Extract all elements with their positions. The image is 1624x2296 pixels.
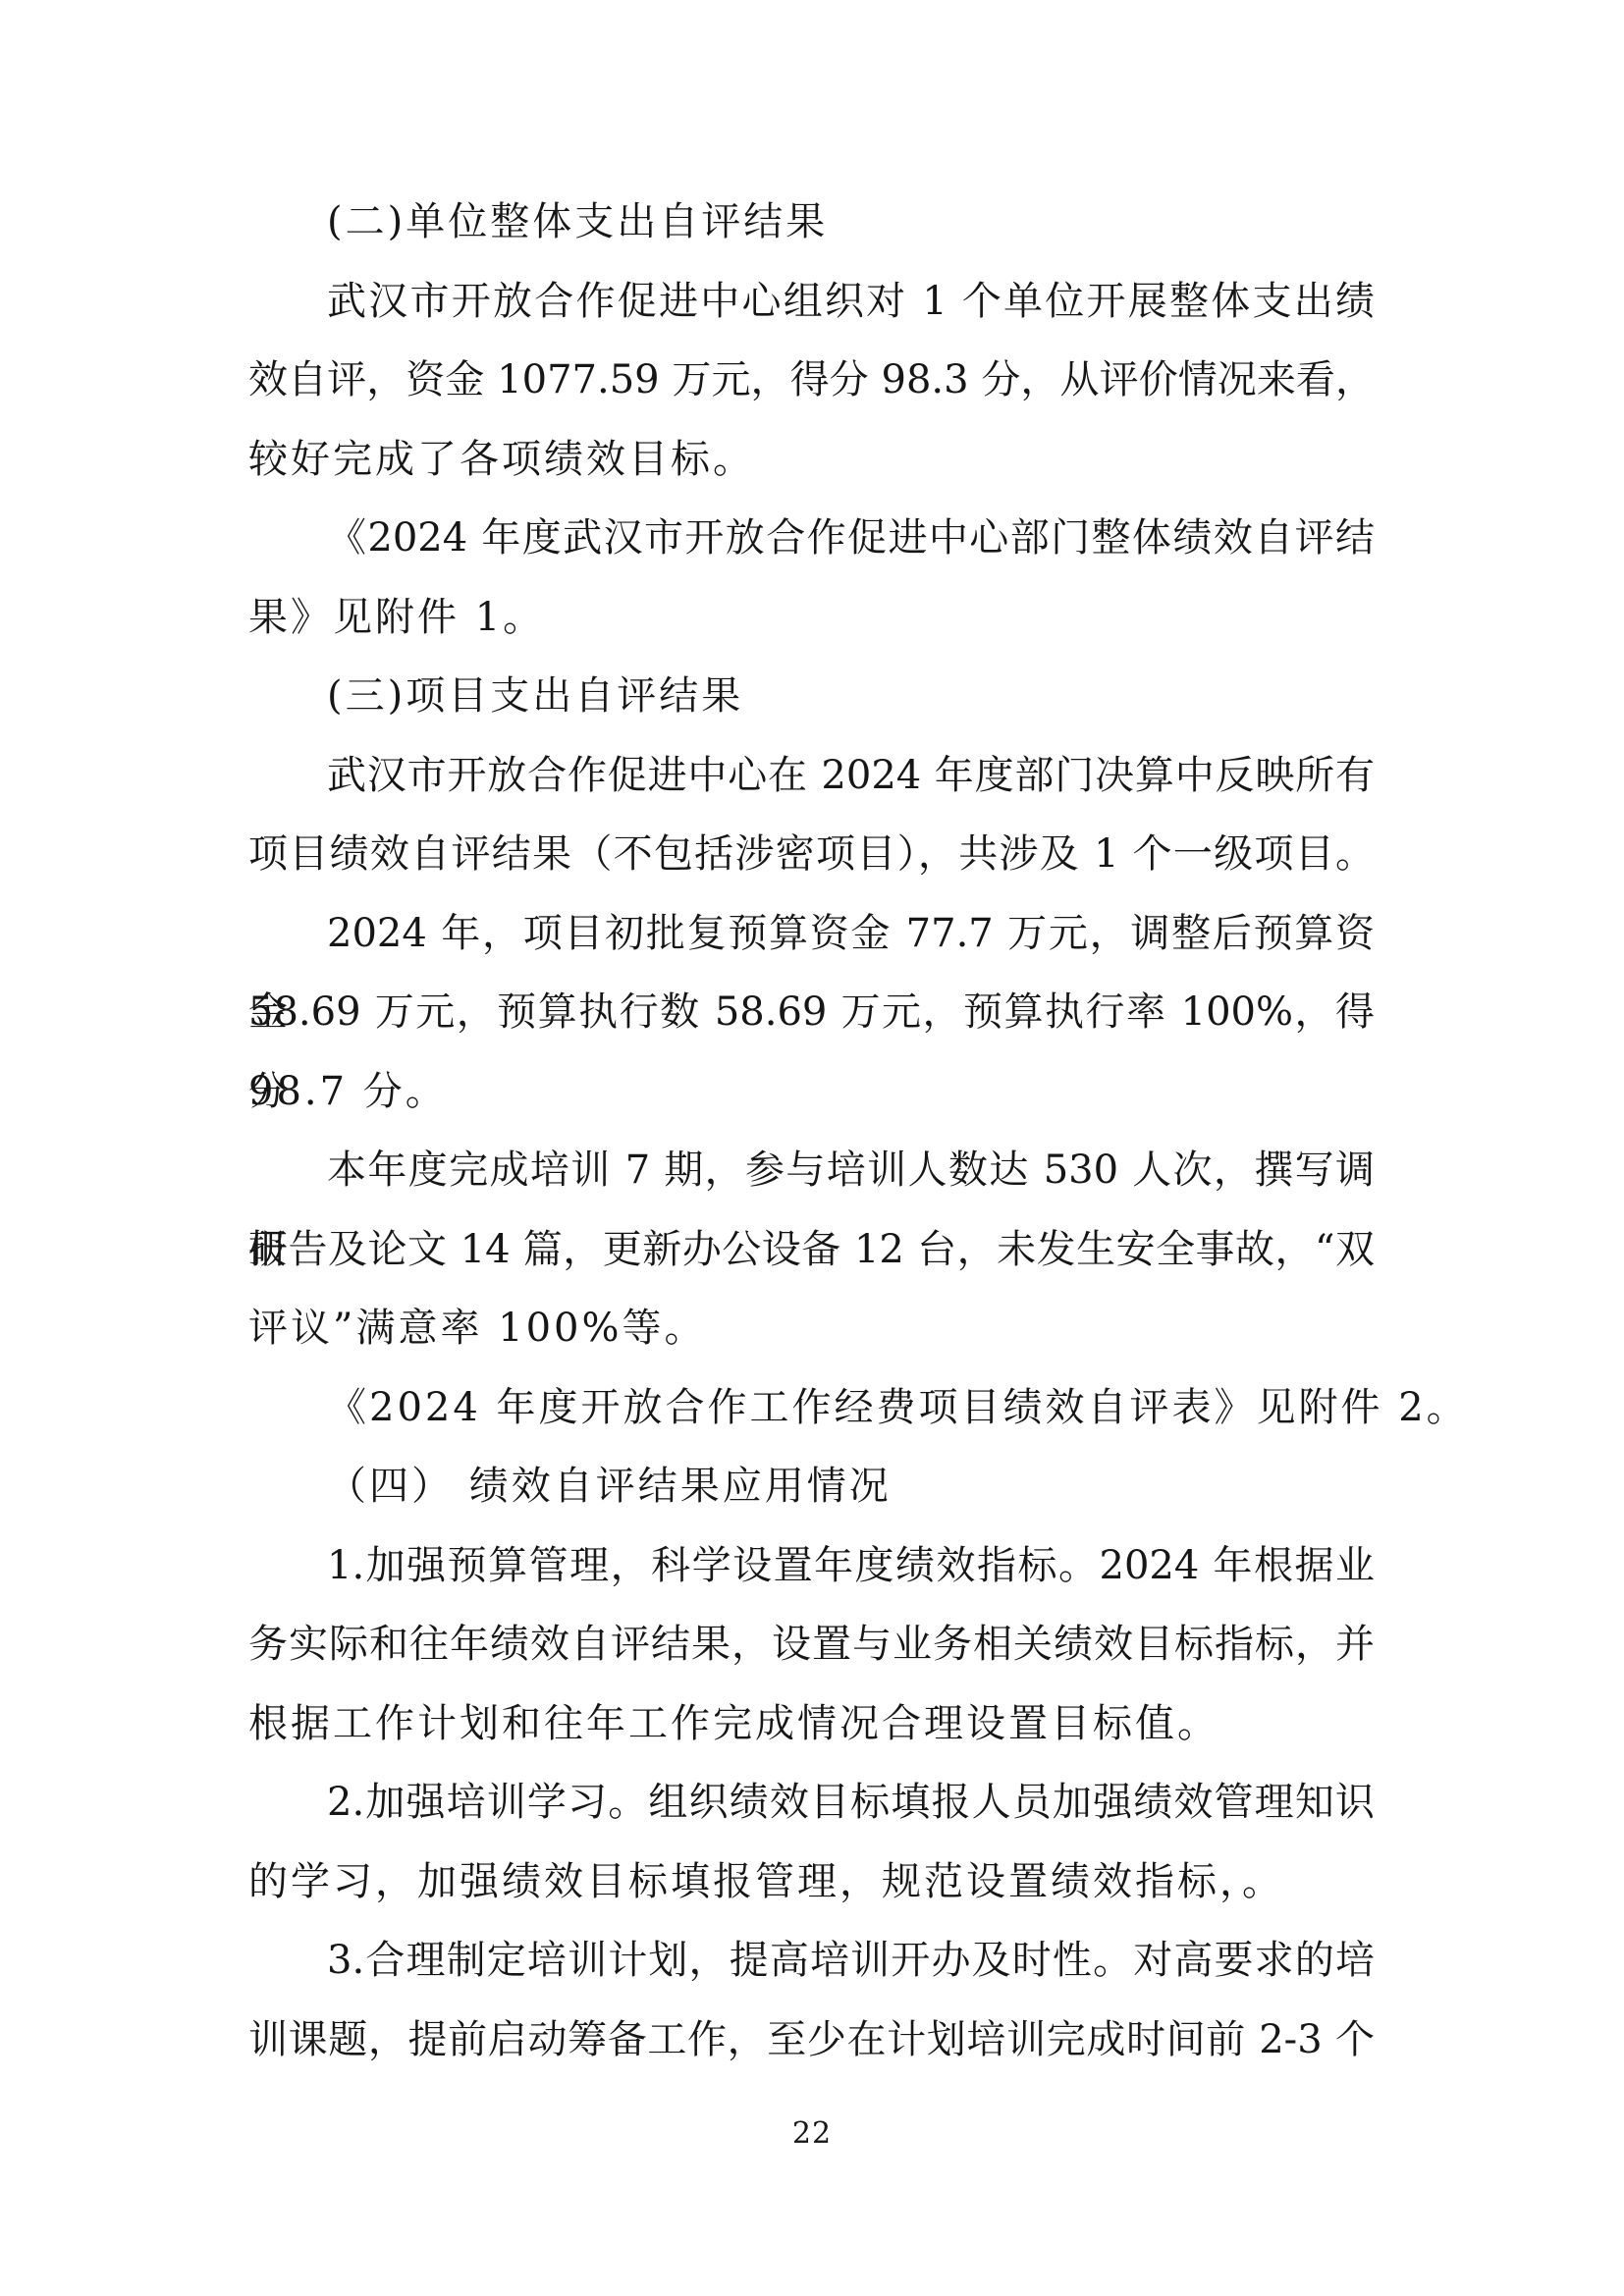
text-line: 根据工作计划和往年工作完成情况合理设置目标值。 — [248, 1684, 1375, 1764]
text-line: (三)项目支出自评结果 — [248, 657, 1375, 736]
text-line: 98.7 分。 — [248, 1052, 1375, 1132]
document-page: (二)单位整体支出自评结果武汉市开放合作促进中心组织对 1 个单位开展整体支出绩… — [0, 0, 1624, 2296]
text-line: 训课题，提前启动筹备工作，至少在计划培训完成时间前 2-3 个 — [248, 2001, 1375, 2080]
text-line: 务实际和往年绩效自评结果，设置与业务相关绩效目标指标，并 — [248, 1605, 1375, 1684]
page-number: 22 — [792, 2116, 832, 2151]
text-line: 《2024 年度武汉市开放合作促进中心部门整体绩效自评结 — [248, 499, 1375, 578]
text-line: 的学习，加强绩效目标填报管理，规范设置绩效指标，。 — [248, 1842, 1375, 1922]
text-line: 58.69 万元，预算执行数 58.69 万元，预算执行率 100%，得分 — [248, 973, 1375, 1052]
document-body: (二)单位整体支出自评结果武汉市开放合作促进中心组织对 1 个单位开展整体支出绩… — [248, 183, 1375, 2079]
text-line: 1.加强预算管理，科学设置年度绩效指标。2024 年根据业 — [248, 1526, 1375, 1606]
text-line: 武汉市开放合作促进中心组织对 1 个单位开展整体支出绩 — [248, 262, 1375, 342]
text-line: (二)单位整体支出自评结果 — [248, 183, 1375, 262]
text-line: 效自评，资金 1077.59 万元，得分 98.3 分，从评价情况来看， — [248, 341, 1375, 420]
text-line: 2024 年，项目初批复预算资金 77.7 万元，调整后预算资金 — [248, 894, 1375, 974]
text-line: 报告及论文 14 篇，更新办公设备 12 台，未发生安全事故，“双 — [248, 1210, 1375, 1290]
text-line: （四） 绩效自评结果应用情况 — [248, 1447, 1375, 1526]
text-line: 评议”满意率 100%等。 — [248, 1289, 1375, 1368]
text-line: 本年度完成培训 7 期，参与培训人数达 530 人次，撰写调研 — [248, 1131, 1375, 1210]
text-line: 3.合理制定培训计划，提高培训开办及时性。对高要求的培 — [248, 1921, 1375, 2001]
text-line: 2.加强培训学习。组织绩效目标填报人员加强绩效管理知识 — [248, 1763, 1375, 1842]
page-footer: 22 — [0, 2116, 1624, 2151]
text-line: 项目绩效自评结果（不包括涉密项目），共涉及 1 个一级项目。 — [248, 815, 1375, 894]
text-line: 《2024 年度开放合作工作经费项目绩效自评表》见附件 2。 — [248, 1368, 1375, 1448]
text-line: 武汉市开放合作促进中心在 2024 年度部门决算中反映所有 — [248, 736, 1375, 816]
text-line: 较好完成了各项绩效目标。 — [248, 420, 1375, 500]
text-line: 果》见附件 1。 — [248, 578, 1375, 658]
